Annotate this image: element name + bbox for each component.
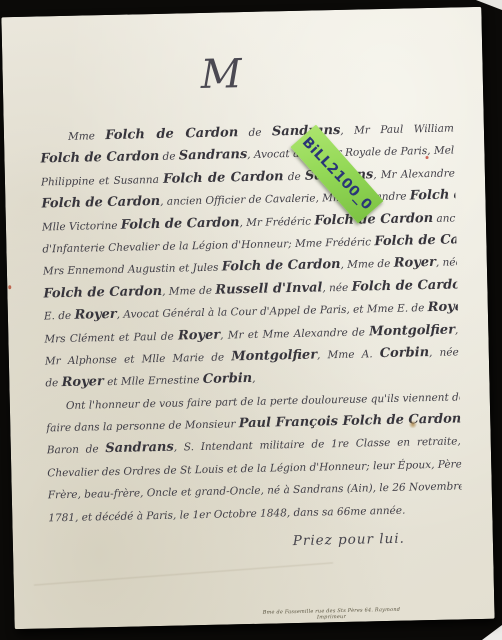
paper-speck: [426, 156, 429, 159]
document-paper: M Mme Folch de Cardon de Sandrans, Mr Pa…: [1, 7, 494, 629]
calligraphic-initial: M: [200, 54, 242, 95]
closing-line: Priez pour lui.: [281, 530, 417, 549]
printer-imprint: Bme de Fassemille rue des Sts Pères 64. …: [258, 607, 404, 622]
document-text: Mme Folch de Cardon de Sandrans, Mr Paul…: [40, 115, 463, 527]
paper-crease: [34, 562, 333, 585]
paper-speck: [8, 285, 11, 289]
backing-sheet-corner-bottom-right: [482, 625, 502, 640]
